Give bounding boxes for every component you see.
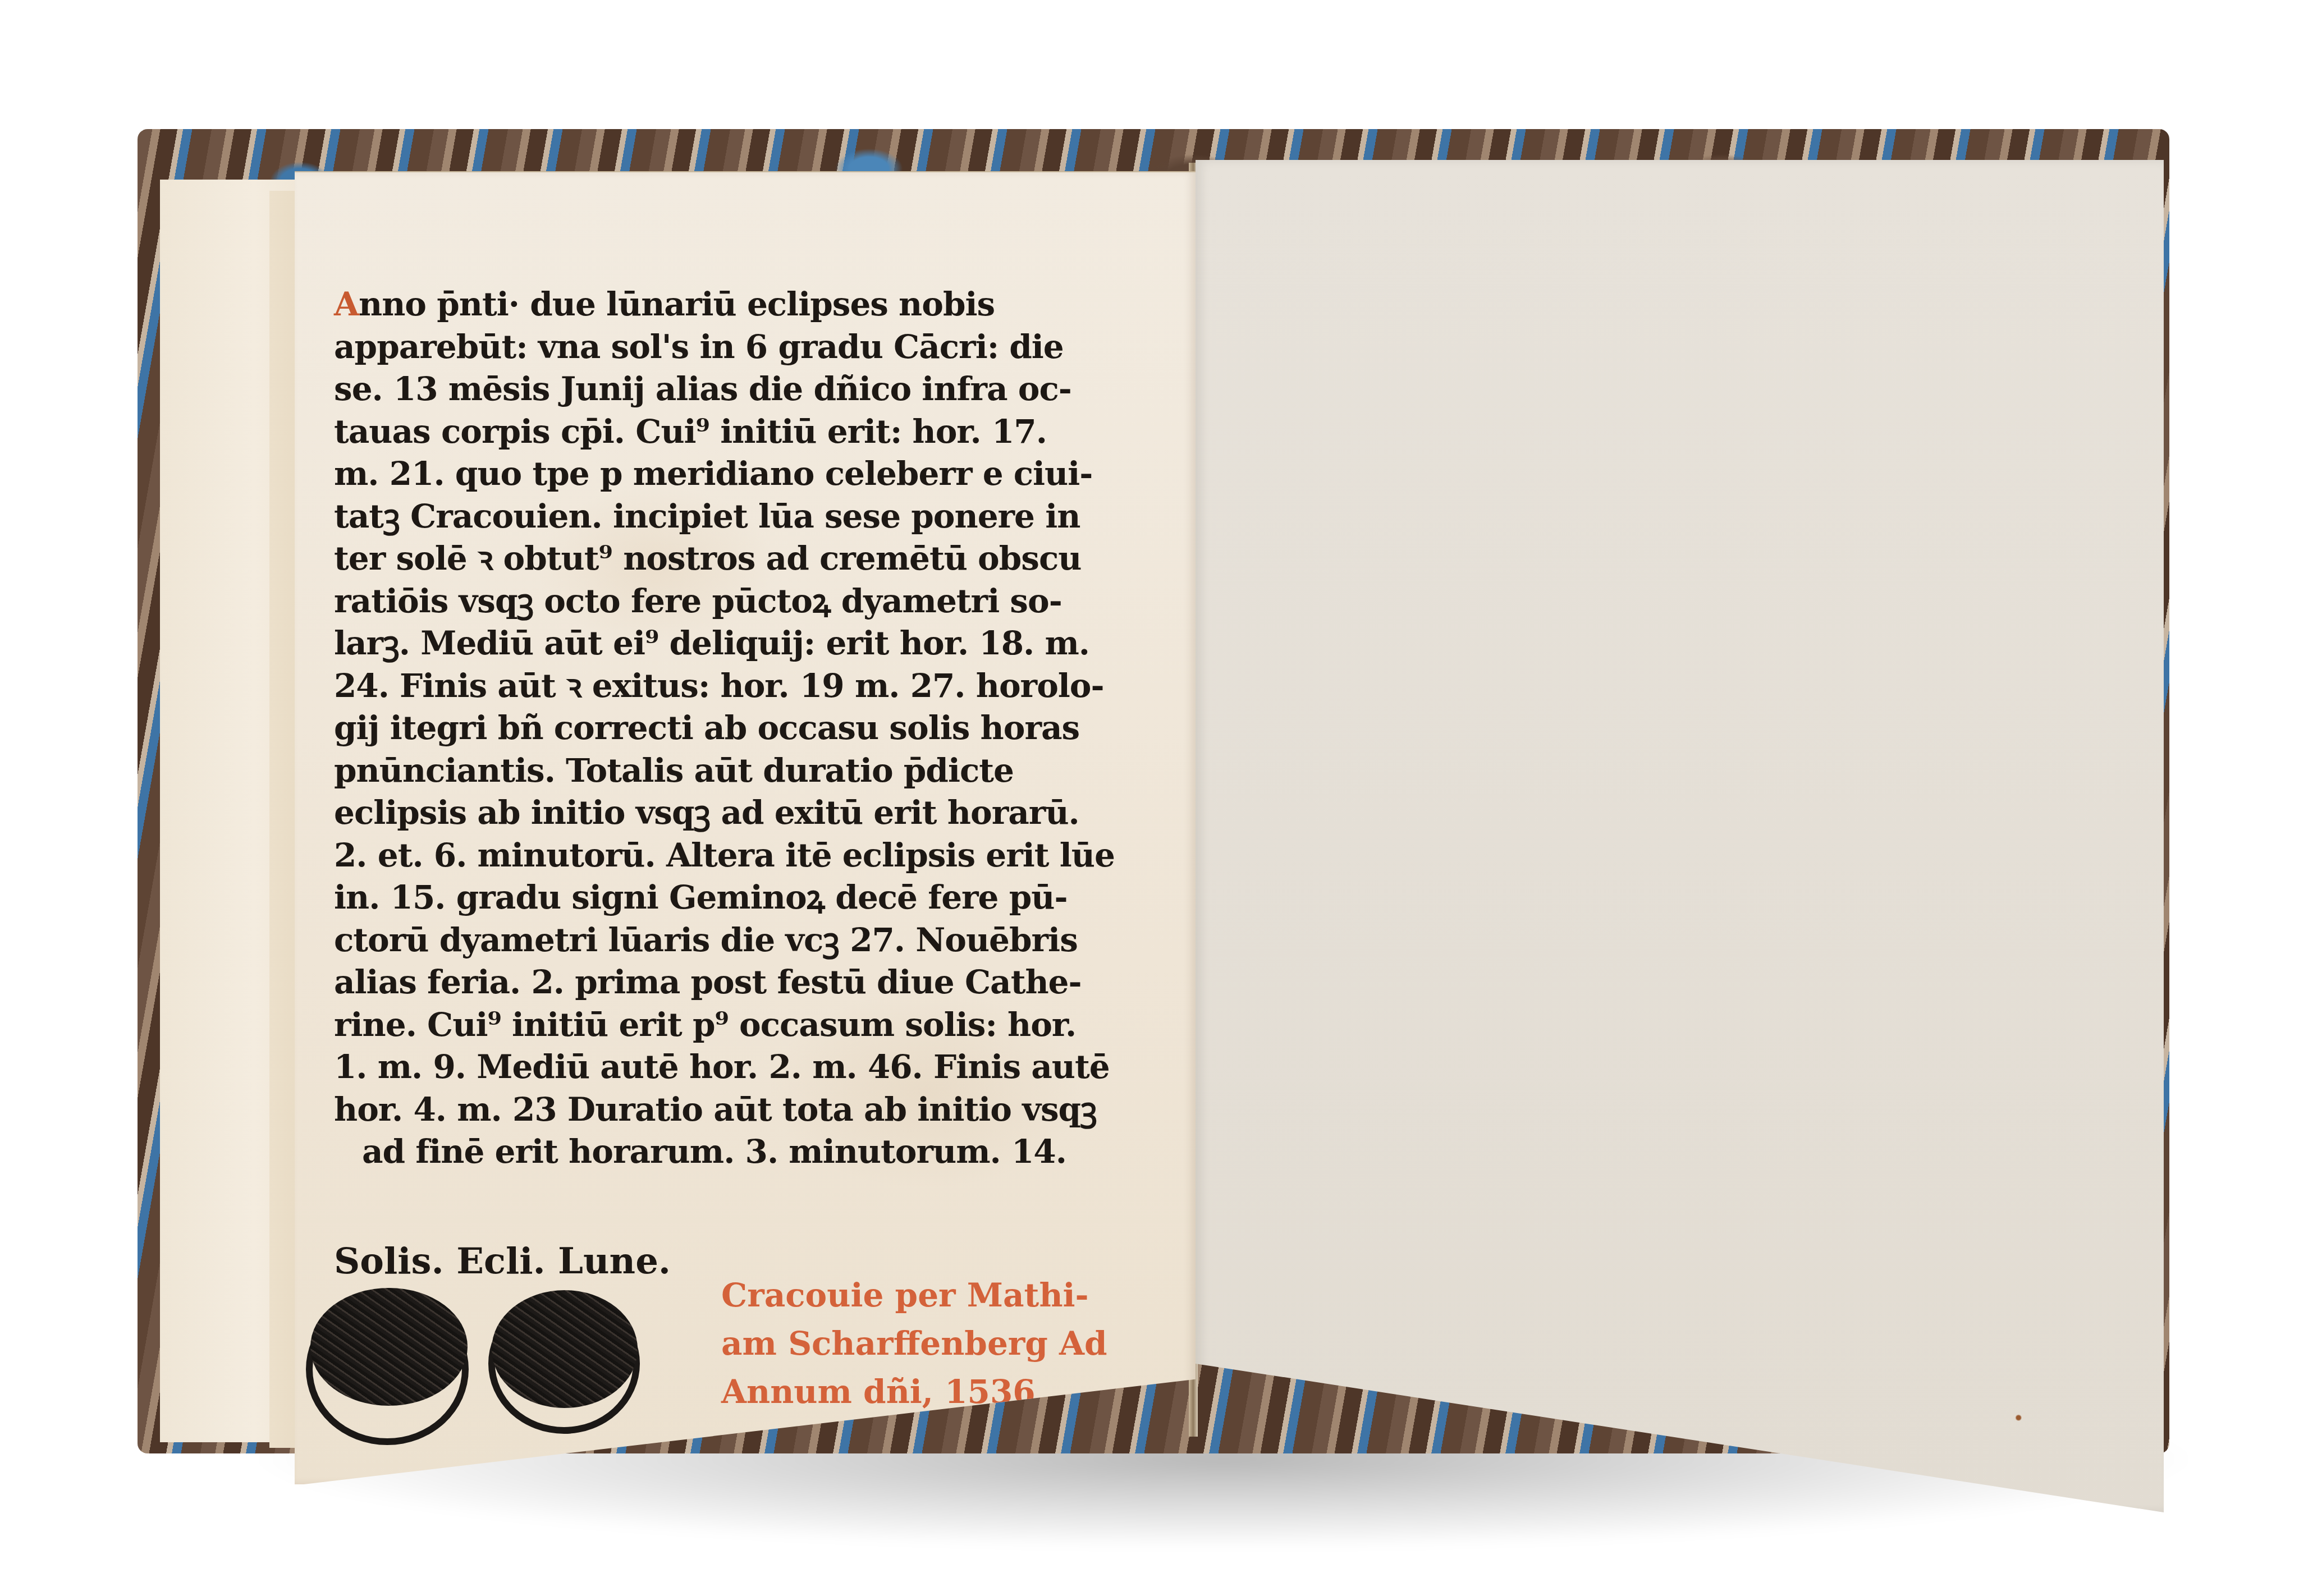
text-line: pnūnciantis. Totalis aūt duratio p̄dicte (334, 750, 1142, 792)
lunar-eclipse-woodcut-icon (488, 1288, 645, 1445)
text-line: tatꝫ Cracouien. incipiet lūa sese ponere… (334, 496, 1142, 538)
printed-leaf: Anno p̄nti· due lūnariū eclipses nobis a… (295, 171, 1196, 1484)
red-initial: A (334, 285, 359, 323)
text-line: ratiōis vsqꝫ octo fere pūctoꝝ dyametri s… (334, 580, 1142, 623)
text-line: larꝫ. Mediū aūt ei⁹ deliquij: erit hor. … (334, 622, 1142, 665)
leaf-top-edge (295, 171, 1196, 172)
text-line: alias feria. 2. prima post festū diue Ca… (334, 961, 1142, 1004)
text-line: hor. 4. m. 23 Duratio aūt tota ab initio… (334, 1089, 1142, 1131)
text-line: 1. m. 9. Mediū autē hor. 2. m. 46. Finis… (334, 1046, 1142, 1089)
colophon-line: am Scharffenberg Ad (721, 1319, 1125, 1368)
right-blank-page (1196, 160, 2164, 1512)
text-line: 24. Finis aūt ꝛ exitus: hor. 19 m. 27. h… (334, 665, 1142, 708)
colophon: Cracouie per Mathi- am Scharffenberg Ad … (721, 1271, 1125, 1416)
text-line: in. 15. gradu signi Geminoꝝ decē fere pū… (334, 877, 1142, 919)
text-line: Anno p̄nti· due lūnariū eclipses nobis (334, 283, 1142, 326)
text-line: gij itegri bñ correcti ab occasu solis h… (334, 707, 1142, 750)
text-line: 2. et. 6. minutorū. Altera itē eclipsis … (334, 834, 1142, 877)
text-line: tauas corpis cp̄i. Cui⁹ initiū erit: hor… (334, 411, 1142, 453)
text-line: eclipsis ab initio vsqꝫ ad exitū erit ho… (334, 792, 1142, 834)
text-line: ter solē ꝛ obtut⁹ nostros ad cremētū obs… (334, 538, 1142, 580)
text-line: ad finē erit horarum. 3. minutorum. 14. (334, 1131, 1142, 1173)
text-line: se. 13 mēsis Junij alias die dñico infra… (334, 368, 1142, 411)
text-line: m. 21. quo tpe p meridiano celeberr e ci… (334, 453, 1142, 496)
text-line: rine. Cui⁹ initiū erit p⁹ occasum solis:… (334, 1004, 1142, 1047)
text-line: apparebūt: vna sol's in 6 gradu Cācri: d… (334, 326, 1142, 369)
text-line: ctorū dyametri lūaris die vcꝫ 27. Nouēbr… (334, 919, 1142, 962)
solar-eclipse-woodcut-icon (306, 1288, 474, 1451)
diagram-caption: Solis. Ecli. Lune. (334, 1240, 671, 1282)
colophon-line: Cracouie per Mathi- (721, 1271, 1125, 1319)
eclipse-text-block: Anno p̄nti· due lūnariū eclipses nobis a… (334, 283, 1142, 1173)
